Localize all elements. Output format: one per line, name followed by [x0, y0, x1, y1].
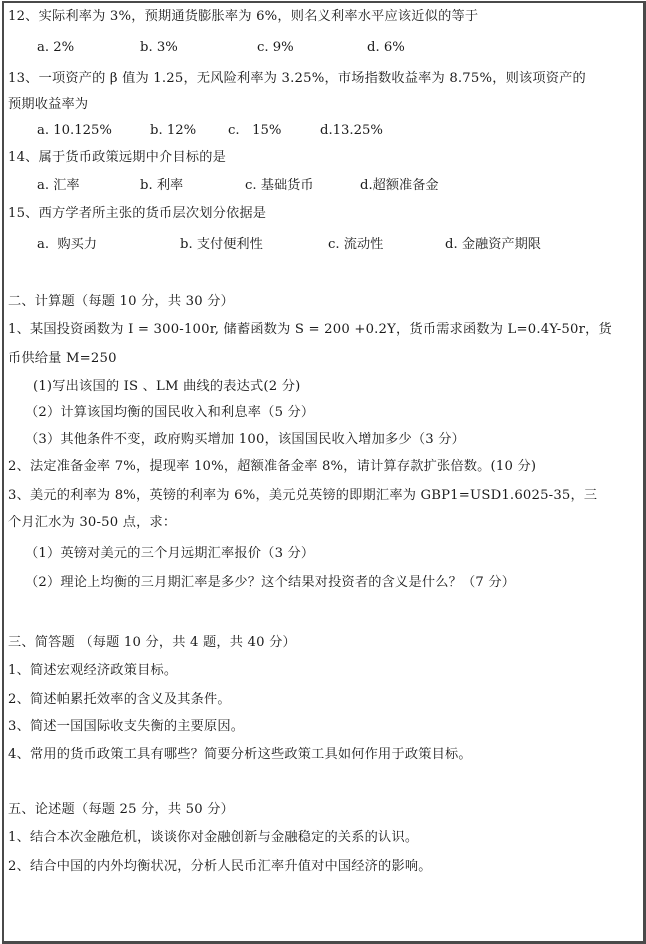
question-14: 14、属于货币政策远期中介目标的是 — [8, 149, 226, 167]
calc-question-1-cont: 币供给量 M=250 — [8, 350, 117, 368]
q12-option-d: d. 6% — [367, 39, 405, 57]
q12-option-a: a. 2% — [37, 39, 74, 57]
section-5-heading: 五、论述题（每题 25 分，共 50 分） — [8, 801, 234, 819]
q15-option-d: d. 金融资产期限 — [445, 236, 541, 254]
calc-question-1: 1、某国投资函数为 I = 300-100r, 储蓄函数为 S = 200 +0… — [8, 321, 612, 339]
q13-option-d: d.13.25% — [320, 122, 383, 140]
short-answer-4: 4、常用的货币政策工具有哪些？简要分析这些政策工具如何作用于政策目标。 — [8, 746, 472, 764]
short-answer-3: 3、简述一国国际收支失衡的主要原因。 — [8, 718, 244, 736]
question-13: 13、一项资产的 β 值为 1.25，无风险利率为 3.25%，市场指数收益率为… — [8, 70, 586, 88]
q13-option-b: b. 12% — [150, 122, 196, 140]
calc-q3-sub-1: （1）英镑对美元的三个月远期汇率报价（3 分） — [25, 545, 314, 563]
calc-q3-sub-2: （2）理论上均衡的三月期汇率是多少？这个结果对投资者的含义是什么？（7 分） — [25, 574, 515, 592]
q12-option-c: c. 9% — [257, 39, 294, 57]
section-2-heading: 二、计算题（每题 10 分，共 30 分） — [8, 293, 234, 311]
calc-q1-sub-2: （2）计算该国均衡的国民收入和利息率（5 分） — [25, 404, 314, 422]
q13-option-a: a. 10.125% — [37, 122, 112, 140]
calc-q1-sub-3: （3）其他条件不变，政府购买增加 100，该国国民收入增加多少（3 分） — [25, 431, 465, 449]
question-15: 15、西方学者所主张的货币层次划分依据是 — [8, 205, 266, 223]
q15-option-b: b. 支付便利性 — [180, 236, 263, 254]
q13-option-c: c. 15% — [228, 122, 281, 140]
calc-question-3-cont: 个月汇水为 30-50 点，求： — [8, 514, 176, 532]
q14-option-c: c. 基础货币 — [245, 177, 314, 195]
q14-option-b: b. 利率 — [140, 177, 183, 195]
calc-question-2: 2、法定准备金率 7%，提现率 10%，超额准备金率 8%，请计算存款扩张倍数。… — [8, 458, 536, 476]
question-12: 12、实际利率为 3%，预期通货膨胀率为 6%，则名义利率水平应该近似的等于 — [8, 8, 478, 26]
q15-option-c: c. 流动性 — [328, 236, 383, 254]
essay-question-2: 2、结合中国的内外均衡状况，分析人民币汇率升值对中国经济的影响。 — [8, 858, 432, 876]
q12-option-b: b. 3% — [140, 39, 178, 57]
short-answer-2: 2、简述帕累托效率的含义及其条件。 — [8, 691, 231, 709]
q14-option-a: a. 汇率 — [37, 177, 80, 195]
question-13-cont: 预期收益率为 — [8, 96, 88, 114]
q14-option-d: d.超额准备金 — [360, 177, 439, 195]
essay-question-1: 1、结合本次金融危机，谈谈你对金融创新与金融稳定的关系的认识。 — [8, 829, 418, 847]
calc-q1-sub-1: (1)写出该国的 IS 、LM 曲线的表达式(2 分) — [33, 378, 300, 396]
q15-option-a: a. 购买力 — [37, 236, 97, 254]
calc-question-3: 3、美元的利率为 8%，英镑的利率为 6%，美元兑英镑的即期汇率为 GBP1=U… — [8, 487, 597, 505]
section-3-heading: 三、简答题 （每题 10 分，共 4 题，共 40 分） — [8, 634, 296, 652]
short-answer-1: 1、简述宏观经济政策目标。 — [8, 662, 177, 680]
